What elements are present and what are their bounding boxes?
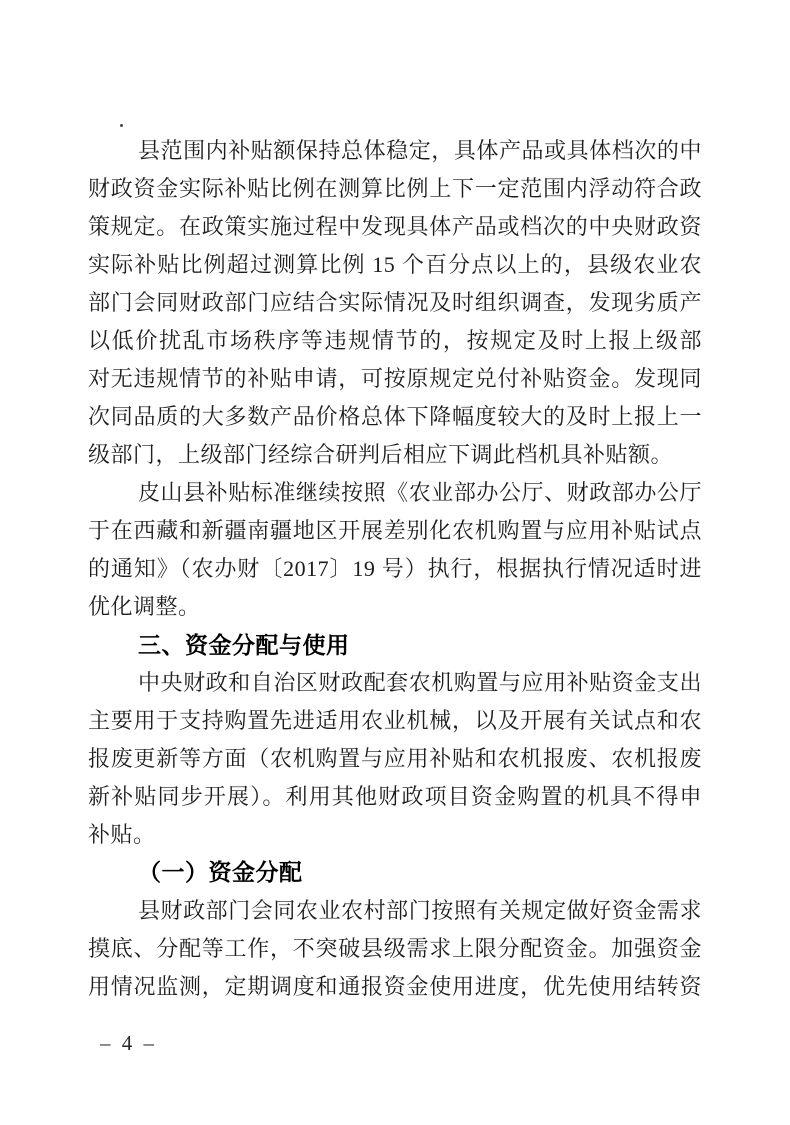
text-line: 于在西藏和新疆南疆地区开展差别化农机购置与应用补贴试点 [88,512,702,550]
text-line: 次同品质的大多数产品价格总体下降幅度较大的及时上报上一 [88,398,702,436]
text-line: 中央财政和自治区财政配套农机购置与应用补贴资金支出 [88,664,702,702]
paragraph: 县财政部门会同农业农村部门按照有关规定做好资金需求 摸底、分配等工作，不突破县级… [88,892,702,1006]
text-line: 报废更新等方面（农机购置与应用补贴和农机报废、农机报废更 [88,740,702,778]
subsection-heading: （一）资金分配 [88,854,702,892]
text-line: 皮山县补贴标准继续按照《农业部办公厅、财政部办公厅关 [88,474,702,512]
document-page: 县范围内补贴额保持总体稳定，具体产品或具体档次的中央 财政资金实际补贴比例在测算… [0,0,790,1125]
text-line: 补贴。 [88,816,702,854]
text-line: 财政资金实际补贴比例在测算比例上下一定范围内浮动符合政 [88,170,702,208]
text-line: 优化调整。 [88,588,702,626]
paragraph: 县范围内补贴额保持总体稳定，具体产品或具体档次的中央 财政资金实际补贴比例在测算… [88,132,702,474]
text-line: 县财政部门会同农业农村部门按照有关规定做好资金需求 [88,892,702,930]
text-line: 摸底、分配等工作，不突破县级需求上限分配资金。加强资金使 [88,930,702,968]
text-line: 部门会同财政部门应结合实际情况及时组织调查，发现劣质产品 [88,284,702,322]
text-line: 对无违规情节的补贴申请，可按原规定兑付补贴资金。发现同档 [88,360,702,398]
text-line: 实际补贴比例超过测算比例 15 个百分点以上的，县级农业农村 [88,246,702,284]
text-line: 以低价扰乱市场秩序等违规情节的，按规定及时上报上级部门； [88,322,702,360]
section-heading: 三、资金分配与使用 [88,626,702,664]
document-body: 县范围内补贴额保持总体稳定，具体产品或具体档次的中央 财政资金实际补贴比例在测算… [88,132,702,1006]
page-number: – 4 – [100,1028,157,1058]
text-line: 县范围内补贴额保持总体稳定，具体产品或具体档次的中央 [88,132,702,170]
section: 三、资金分配与使用 [88,626,702,664]
text-line: 策规定。在政策实施过程中发现具体产品或档次的中央财政资金 [88,208,702,246]
text-line: 新补贴同步开展）。利用其他财政项目资金购置的机具不得申请 [88,778,702,816]
subsection: （一）资金分配 [88,854,702,892]
scan-speck [120,124,123,127]
paragraph: 中央财政和自治区财政配套农机购置与应用补贴资金支出 主要用于支持购置先进适用农业… [88,664,702,854]
text-line: 的通知》（农办财〔2017〕19 号）执行，根据执行情况适时进行 [88,550,702,588]
text-line: 用情况监测，定期调度和通报资金使用进度，优先使用结转资金， [88,968,702,1006]
paragraph: 皮山县补贴标准继续按照《农业部办公厅、财政部办公厅关 于在西藏和新疆南疆地区开展… [88,474,702,626]
text-line: 主要用于支持购置先进适用农业机械，以及开展有关试点和农机 [88,702,702,740]
text-line: 级部门，上级部门经综合研判后相应下调此档机具补贴额。 [88,436,702,474]
